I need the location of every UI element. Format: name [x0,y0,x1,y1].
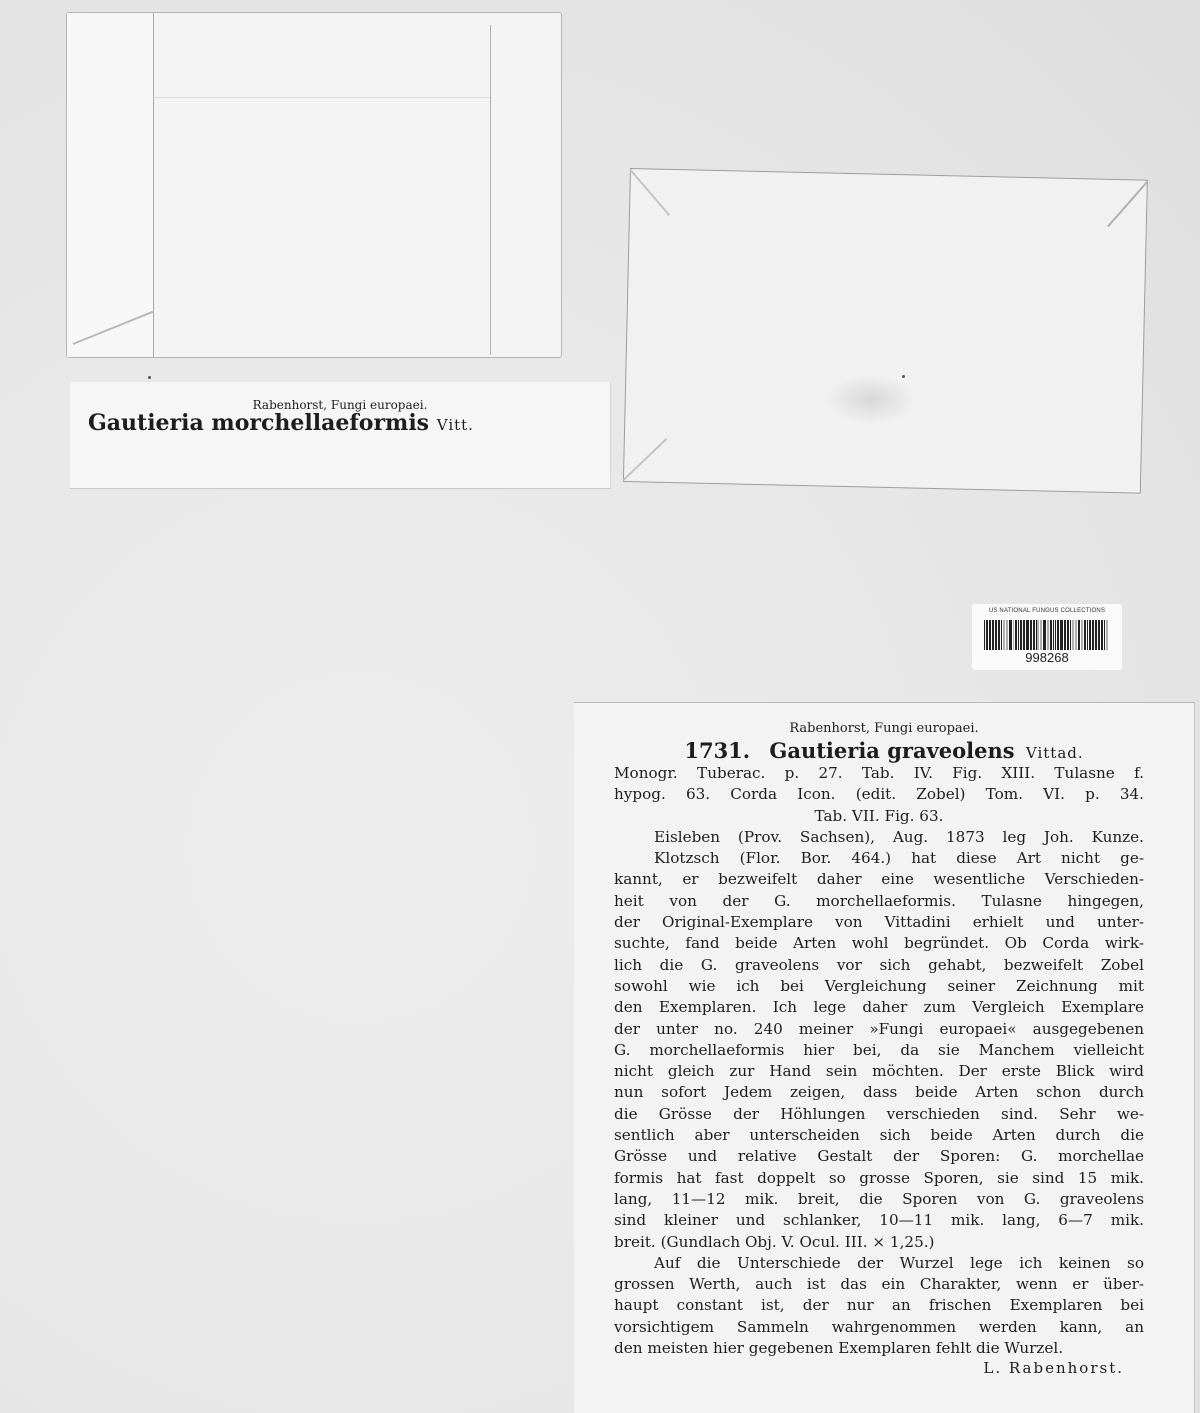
envelope-flap [67,13,154,357]
barcode-bar [1015,620,1017,650]
barcode-bar [1081,620,1083,650]
label-title: 1731. Gautieria graveolens Vittad. [574,738,1194,763]
label-series: Rabenhorst, Fungi europaei. [574,721,1194,736]
label-text-line: breit. (Gundlach Obj. V. Ocul. III. × 1,… [614,1232,1144,1253]
barcode-bars [984,620,1108,650]
barcode-header: US NATIONAL FUNGUS COLLECTIONS [972,608,1122,614]
specimen-label-graveolens: Rabenhorst, Fungi europaei. 1731. Gautie… [574,702,1195,1413]
label-text-line: haupt constant ist, der nur an frischen … [614,1295,1144,1316]
barcode-bar [1070,620,1071,650]
barcode-bar [1106,620,1108,650]
envelope-corner-fold [1107,181,1148,227]
barcode-bar [1060,620,1063,650]
barcode-bar [1064,620,1066,650]
barcode-bar [1067,620,1069,650]
barcode-bar [1101,620,1103,650]
barcode-number: 998268 [972,650,1122,665]
label-text-line: lich die G. graveolens vor sich gehabt, … [614,955,1144,976]
label-text-line: sowohl wie ich bei Vergleichung seiner Z… [614,976,1144,997]
label-text-line: vorsichtigem Sammeln wahrgenommen werden… [614,1317,1144,1338]
barcode-bar [1018,620,1019,650]
label-description: Monogr. Tuberac. p. 27. Tab. IV. Fig. XI… [574,763,1194,1359]
label-text-line: die Grösse der Höhlungen verschieden sin… [614,1104,1144,1125]
barcode-bar [995,620,997,650]
barcode-bar [1092,620,1094,650]
barcode-bar [1026,620,1029,650]
label-text-line: Eisleben (Prov. Sachsen), Aug. 1873 leg … [614,827,1144,848]
barcode-bar [1104,620,1105,650]
envelope-corner-fold [629,169,670,216]
barcode-bar [1078,620,1081,650]
barcode-bar [1001,620,1002,650]
barcode-bar [1072,620,1074,650]
label-text-line: Grösse und relative Gestalt der Sporen: … [614,1146,1144,1167]
barcode-bar [1009,620,1012,650]
barcode-bar [1047,620,1049,650]
species-author: Vitt. [437,416,474,434]
barcode-bar [1084,620,1086,650]
barcode-bar [1087,620,1088,650]
species-author: Vittad. [1026,744,1084,762]
label-text-line: suchte, fand beide Arten wohl begründet.… [614,933,1144,954]
species-name: Gautieria graveolens [769,738,1014,763]
label-text-line: G. morchellaeformis hier bei, da sie Man… [614,1040,1144,1061]
barcode-bar [1037,620,1039,650]
barcode-bar [1030,620,1032,650]
barcode-bar [1098,620,1100,650]
envelope-fold-line [153,97,491,98]
label-species: Gautieria morchellaeformis Vitt. [88,410,474,436]
envelope-flap [490,25,561,355]
stain [825,374,916,426]
label-text-line: den Exemplaren. Ich lege daher zum Vergl… [614,997,1144,1018]
barcode-bar [1003,620,1005,650]
barcode-bar [984,620,985,650]
barcode-bar [1089,620,1091,650]
barcode-bar [1055,620,1057,650]
specimen-envelope-right [623,168,1148,494]
barcode-bar [1053,620,1054,650]
label-text-line: Tab. VII. Fig. 63. [614,806,1144,827]
label-text-line: sind kleiner und schlanker, 10—11 mik. l… [614,1210,1144,1231]
barcode-bar [1043,620,1046,650]
barcode-bar [1040,620,1042,650]
label-text-line: der unter no. 240 meiner »Fungi europaei… [614,1019,1144,1040]
barcode-bar [992,620,995,650]
barcode-bar [1013,620,1015,650]
label-text-line: kannt, er bezweifelt daher eine wesentli… [614,869,1144,890]
exsiccata-number: 1731. [684,738,750,763]
label-text-line: Klotzsch (Flor. Bor. 464.) hat diese Art… [614,848,1144,869]
label-text-line: grossen Werth, auch ist das ein Charakte… [614,1274,1144,1295]
label-text-line: der Original-Exemplare von Vittadini erh… [614,912,1144,933]
barcode-bar [1036,620,1037,650]
barcode-bar [1050,620,1052,650]
label-text-line: Monogr. Tuberac. p. 27. Tab. IV. Fig. XI… [614,763,1144,784]
envelope-corner-fold [623,438,668,481]
label-text-line: hypog. 63. Corda Icon. (edit. Zobel) Tom… [614,784,1144,805]
label-text-line: nun sofort Jedem zeigen, dass beide Arte… [614,1082,1144,1103]
specimen-envelope-top-left [66,12,562,358]
label-signature: L. Rabenhorst. [574,1359,1194,1377]
specimen-label-morchellaeformis: Rabenhorst, Fungi europaei. Gautieria mo… [70,382,611,489]
barcode-bar [986,620,988,650]
label-text-line: Auf die Unterschiede der Wurzel lege ich… [614,1253,1144,1274]
species-name: Gautieria morchellaeformis [88,410,429,436]
barcode-bar [1006,620,1008,650]
barcode-bar [1095,620,1098,650]
barcode-bar [1075,620,1077,650]
barcode-bar [1020,620,1022,650]
label-text-line: formis hat fast doppelt so grosse Sporen… [614,1168,1144,1189]
speck [902,375,905,378]
label-text-line: heit von der G. morchellaeformis. Tulasn… [614,891,1144,912]
label-text-line: sentlich aber unterscheiden sich beide A… [614,1125,1144,1146]
barcode-bar [1033,620,1035,650]
barcode-bar [989,620,991,650]
label-text-line: den meisten hier gegebenen Exemplaren fe… [614,1338,1144,1359]
herbarium-sheet: Rabenhorst, Fungi europaei. Gautieria mo… [0,0,1200,1413]
barcode-bar [998,620,1000,650]
speck [148,376,151,379]
barcode-bar [1023,620,1025,650]
label-text-line: lang, 11—12 mik. breit, die Sporen von G… [614,1189,1144,1210]
label-text-line: nicht gleich zur Hand sein möchten. Der … [614,1061,1144,1082]
barcode-label: US NATIONAL FUNGUS COLLECTIONS 998268 [972,604,1122,670]
barcode-bar [1057,620,1059,650]
